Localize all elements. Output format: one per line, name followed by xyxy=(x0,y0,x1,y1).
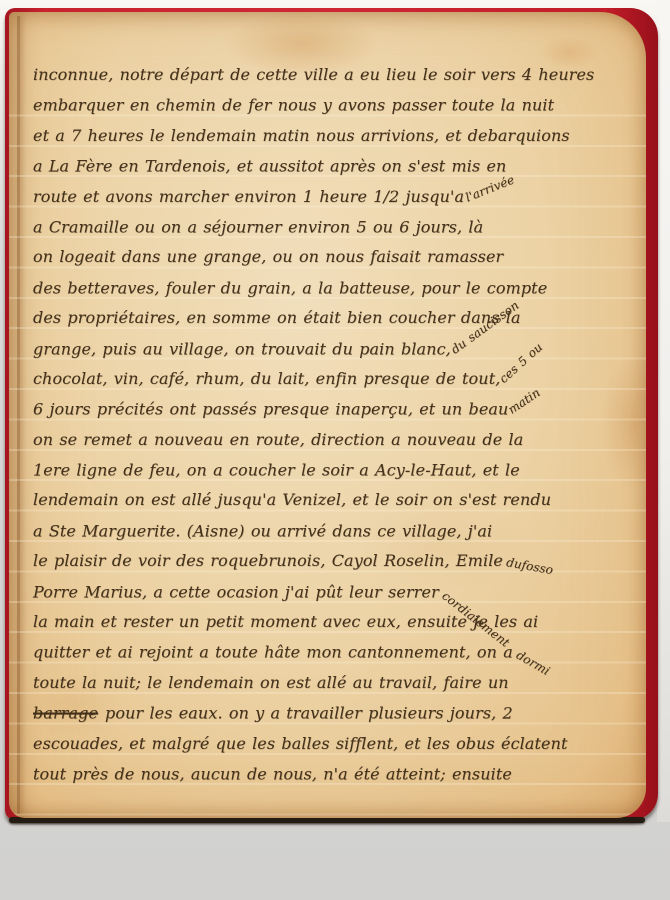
manuscript-line: on se remet a nouveau en route, directio… xyxy=(33,430,636,460)
line-text: a Cramaille ou on a séjourner environ 5 … xyxy=(33,217,483,236)
manuscript-line: le plaisir de voir des roquebrunois, Cay… xyxy=(33,551,636,581)
manuscript-line: quitter et ai rejoint a toute hâte mon c… xyxy=(33,643,636,673)
line-text: et a 7 heures le lendemain matin nous ar… xyxy=(33,126,570,145)
line-text: a Ste Marguerite. (Aisne) ou arrivé dans… xyxy=(33,521,492,540)
manuscript-line: barragepour les eaux. on y a travailler … xyxy=(33,704,636,734)
line-text: toute la nuit; le lendemain on est allé … xyxy=(33,673,509,692)
manuscript-text: inconnue, notre départ de cette ville a … xyxy=(33,65,636,794)
scanner-background-strip xyxy=(657,0,670,822)
manuscript-line: a Cramaille ou on a séjourner environ 5 … xyxy=(33,217,636,247)
manuscript-line: chocolat, vin, café, rhum, du lait, enfi… xyxy=(33,369,636,399)
manuscript-line: on logeait dans une grange, ou on nous f… xyxy=(33,247,636,277)
manuscript-line: 6 jours précités ont passés presque inap… xyxy=(33,400,636,430)
manuscript-line: inconnue, notre départ de cette ville a … xyxy=(33,65,636,95)
line-text: 6 jours précités ont passés presque inap… xyxy=(33,400,508,419)
line-text: des propriétaires, en somme on était bie… xyxy=(33,308,521,327)
line-text: chocolat, vin, café, rhum, du lait, enfi… xyxy=(33,369,500,388)
manuscript-line: Porre Marius, a cette ocasion j'ai pût l… xyxy=(33,582,636,612)
line-text: escouades, et malgré que les balles siff… xyxy=(33,734,568,753)
line-text: tout près de nous, aucun de nous, n'a ét… xyxy=(33,764,512,783)
margin-overflow-word: dufosso xyxy=(505,555,554,577)
manuscript-line: 1ere ligne de feu, on a coucher le soir … xyxy=(33,461,636,491)
manuscript-line: lendemain on est allé jusqu'a Venizel, e… xyxy=(33,490,636,520)
struck-through-word: barrage xyxy=(33,704,98,723)
line-text: grange, puis au village, on trouvait du … xyxy=(33,339,451,358)
manuscript-line: grange, puis au village, on trouvait du … xyxy=(33,339,636,369)
line-text: on se remet a nouveau en route, directio… xyxy=(33,430,523,449)
line-text: a La Fère en Tardenois, et aussitot aprè… xyxy=(33,157,506,176)
line-text: embarquer en chemin de fer nous y avons … xyxy=(33,96,554,115)
manuscript-line: des propriétaires, en somme on était bie… xyxy=(33,308,636,338)
manuscript-line: embarquer en chemin de fer nous y avons … xyxy=(33,96,636,126)
notebook-paper-page: inconnue, notre départ de cette ville a … xyxy=(9,12,646,818)
manuscript-line: tout près de nous, aucun de nous, n'a ét… xyxy=(33,764,636,794)
line-text: quitter et ai rejoint a toute hâte mon c… xyxy=(33,643,513,662)
manuscript-line: des betteraves, fouler du grain, a la ba… xyxy=(33,278,636,308)
line-text: lendemain on est allé jusqu'a Venizel, e… xyxy=(33,490,551,509)
line-text: route et avons marcher environ 1 heure 1… xyxy=(33,187,464,206)
line-text: on logeait dans une grange, ou on nous f… xyxy=(33,247,503,266)
manuscript-line: escouades, et malgré que les balles siff… xyxy=(33,734,636,764)
binding-gutter-crease xyxy=(17,16,20,814)
manuscript-line: la main et rester un petit moment avec e… xyxy=(33,612,636,642)
line-text: des betteraves, fouler du grain, a la ba… xyxy=(33,278,547,297)
line-text: inconnue, notre départ de cette ville a … xyxy=(33,65,594,84)
manuscript-line: a La Fère en Tardenois, et aussitot aprè… xyxy=(33,157,636,187)
manuscript-line: route et avons marcher environ 1 heure 1… xyxy=(33,187,636,217)
scanned-notebook-page: inconnue, notre départ de cette ville a … xyxy=(0,0,670,900)
line-text: 1ere ligne de feu, on a coucher le soir … xyxy=(33,461,520,480)
manuscript-line: a Ste Marguerite. (Aisne) ou arrivé dans… xyxy=(33,521,636,551)
line-text: pour les eaux. on y a travailler plusieu… xyxy=(105,704,513,723)
line-text: Porre Marius, a cette ocasion j'ai pût l… xyxy=(33,582,439,601)
manuscript-line: et a 7 heures le lendemain matin nous ar… xyxy=(33,126,636,156)
line-text: le plaisir de voir des roquebrunois, Cay… xyxy=(33,551,503,570)
